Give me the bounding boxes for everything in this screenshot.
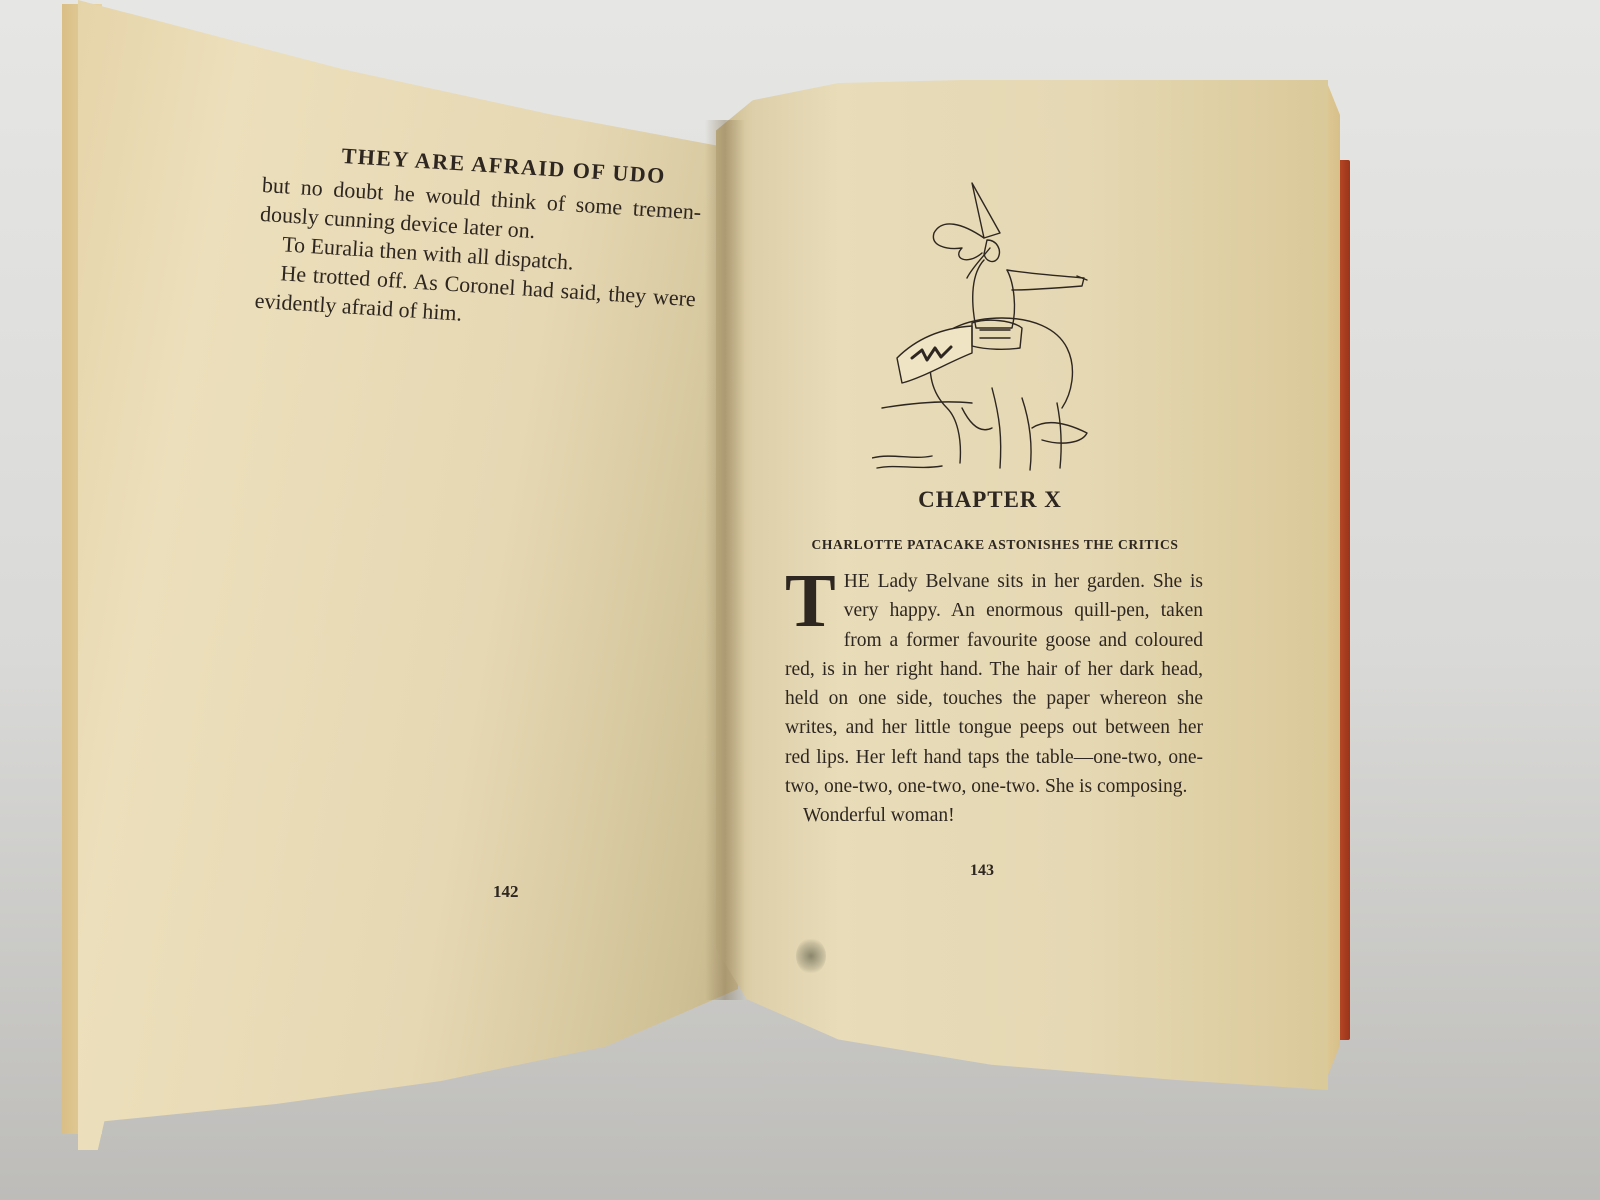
left-page-text: THEY ARE AFRAID OF UDO but no doubt he w… xyxy=(254,138,704,342)
knight-illustration-icon xyxy=(872,178,1097,478)
page-number-left: 142 xyxy=(493,882,519,902)
chapter-title: CHAPTER X xyxy=(900,487,1080,513)
right-page-text: T HE Lady Belvane sits in her garden. Sh… xyxy=(785,567,1203,831)
paragraph: HE Lady Belvane sits in her garden. She … xyxy=(785,567,1203,801)
open-book-photo: THEY ARE AFRAID OF UDO but no doubt he w… xyxy=(0,0,1600,1200)
page-number-right: 143 xyxy=(970,862,994,880)
paragraph: Wonderful woman! xyxy=(785,801,1203,830)
drop-cap: T xyxy=(785,571,836,631)
book-gutter xyxy=(705,120,745,1000)
page-smudge xyxy=(796,938,826,974)
chapter-subtitle: CHARLOTTE PATACAKE ASTONISHES THE CRITIC… xyxy=(785,537,1205,553)
